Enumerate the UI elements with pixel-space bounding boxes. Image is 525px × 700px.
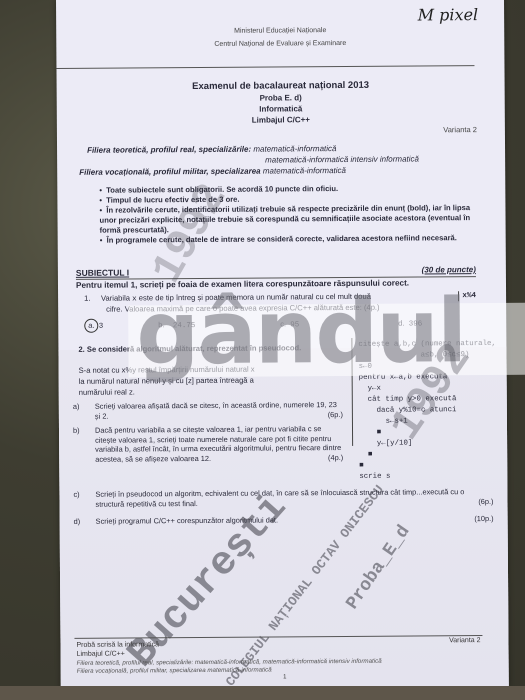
footer-line1: Probă scrisă la informatică [76, 641, 159, 649]
filiera-vocationala: Filiera vocațională, profilul militar, s… [79, 166, 346, 177]
footer-line4: Filiera vocațională, profilul militar, s… [77, 667, 272, 675]
exam-proba: Proba E. d) [57, 92, 505, 104]
code-line: scrie s [359, 471, 509, 483]
exam-language: Limbajul C/C++ [57, 114, 505, 126]
q1-answer-a: a. 3 [88, 321, 103, 331]
filiera-teoretica: Filiera teoretică, profilul real, specia… [87, 144, 336, 155]
exam-sheet: Ministerul Educației Naționale Centrul N… [56, 0, 509, 690]
header-divider [56, 65, 474, 69]
instructions-list: • Toate subiectele sunt obligatorii. Se … [99, 183, 479, 246]
center-name: Centrul Național de Evaluare și Examinar… [56, 39, 504, 49]
background-strip [0, 686, 525, 700]
q2-item-b: b) Dacă pentru variabila a se citește va… [73, 424, 343, 464]
q2-item-a: a) Scrieți valoarea afișată dacă se cite… [73, 400, 343, 421]
instruction-item: • În rezolvările cerute, identificatorii… [99, 203, 479, 236]
handwritten-note: M pixel [418, 5, 479, 24]
exam-title: Examenul de bacalaureat național 2013 [57, 79, 505, 93]
exam-subject: Informatică [57, 103, 505, 115]
footer-varianta: Varianta 2 [449, 637, 480, 644]
varianta-label: Varianta 2 [443, 125, 477, 134]
ministry-name: Ministerul Educației Naționale [56, 26, 504, 36]
footer-line2: Limbajul C/C++ [77, 651, 125, 658]
filiera-teoretica-spec2: matematică-informatică intensiv informat… [265, 154, 419, 164]
subject-points: (30 de puncte) [422, 265, 476, 274]
q2-desc-line3: numărului real z. [79, 387, 135, 397]
subject-title: SUBIECTUL I [76, 267, 129, 277]
